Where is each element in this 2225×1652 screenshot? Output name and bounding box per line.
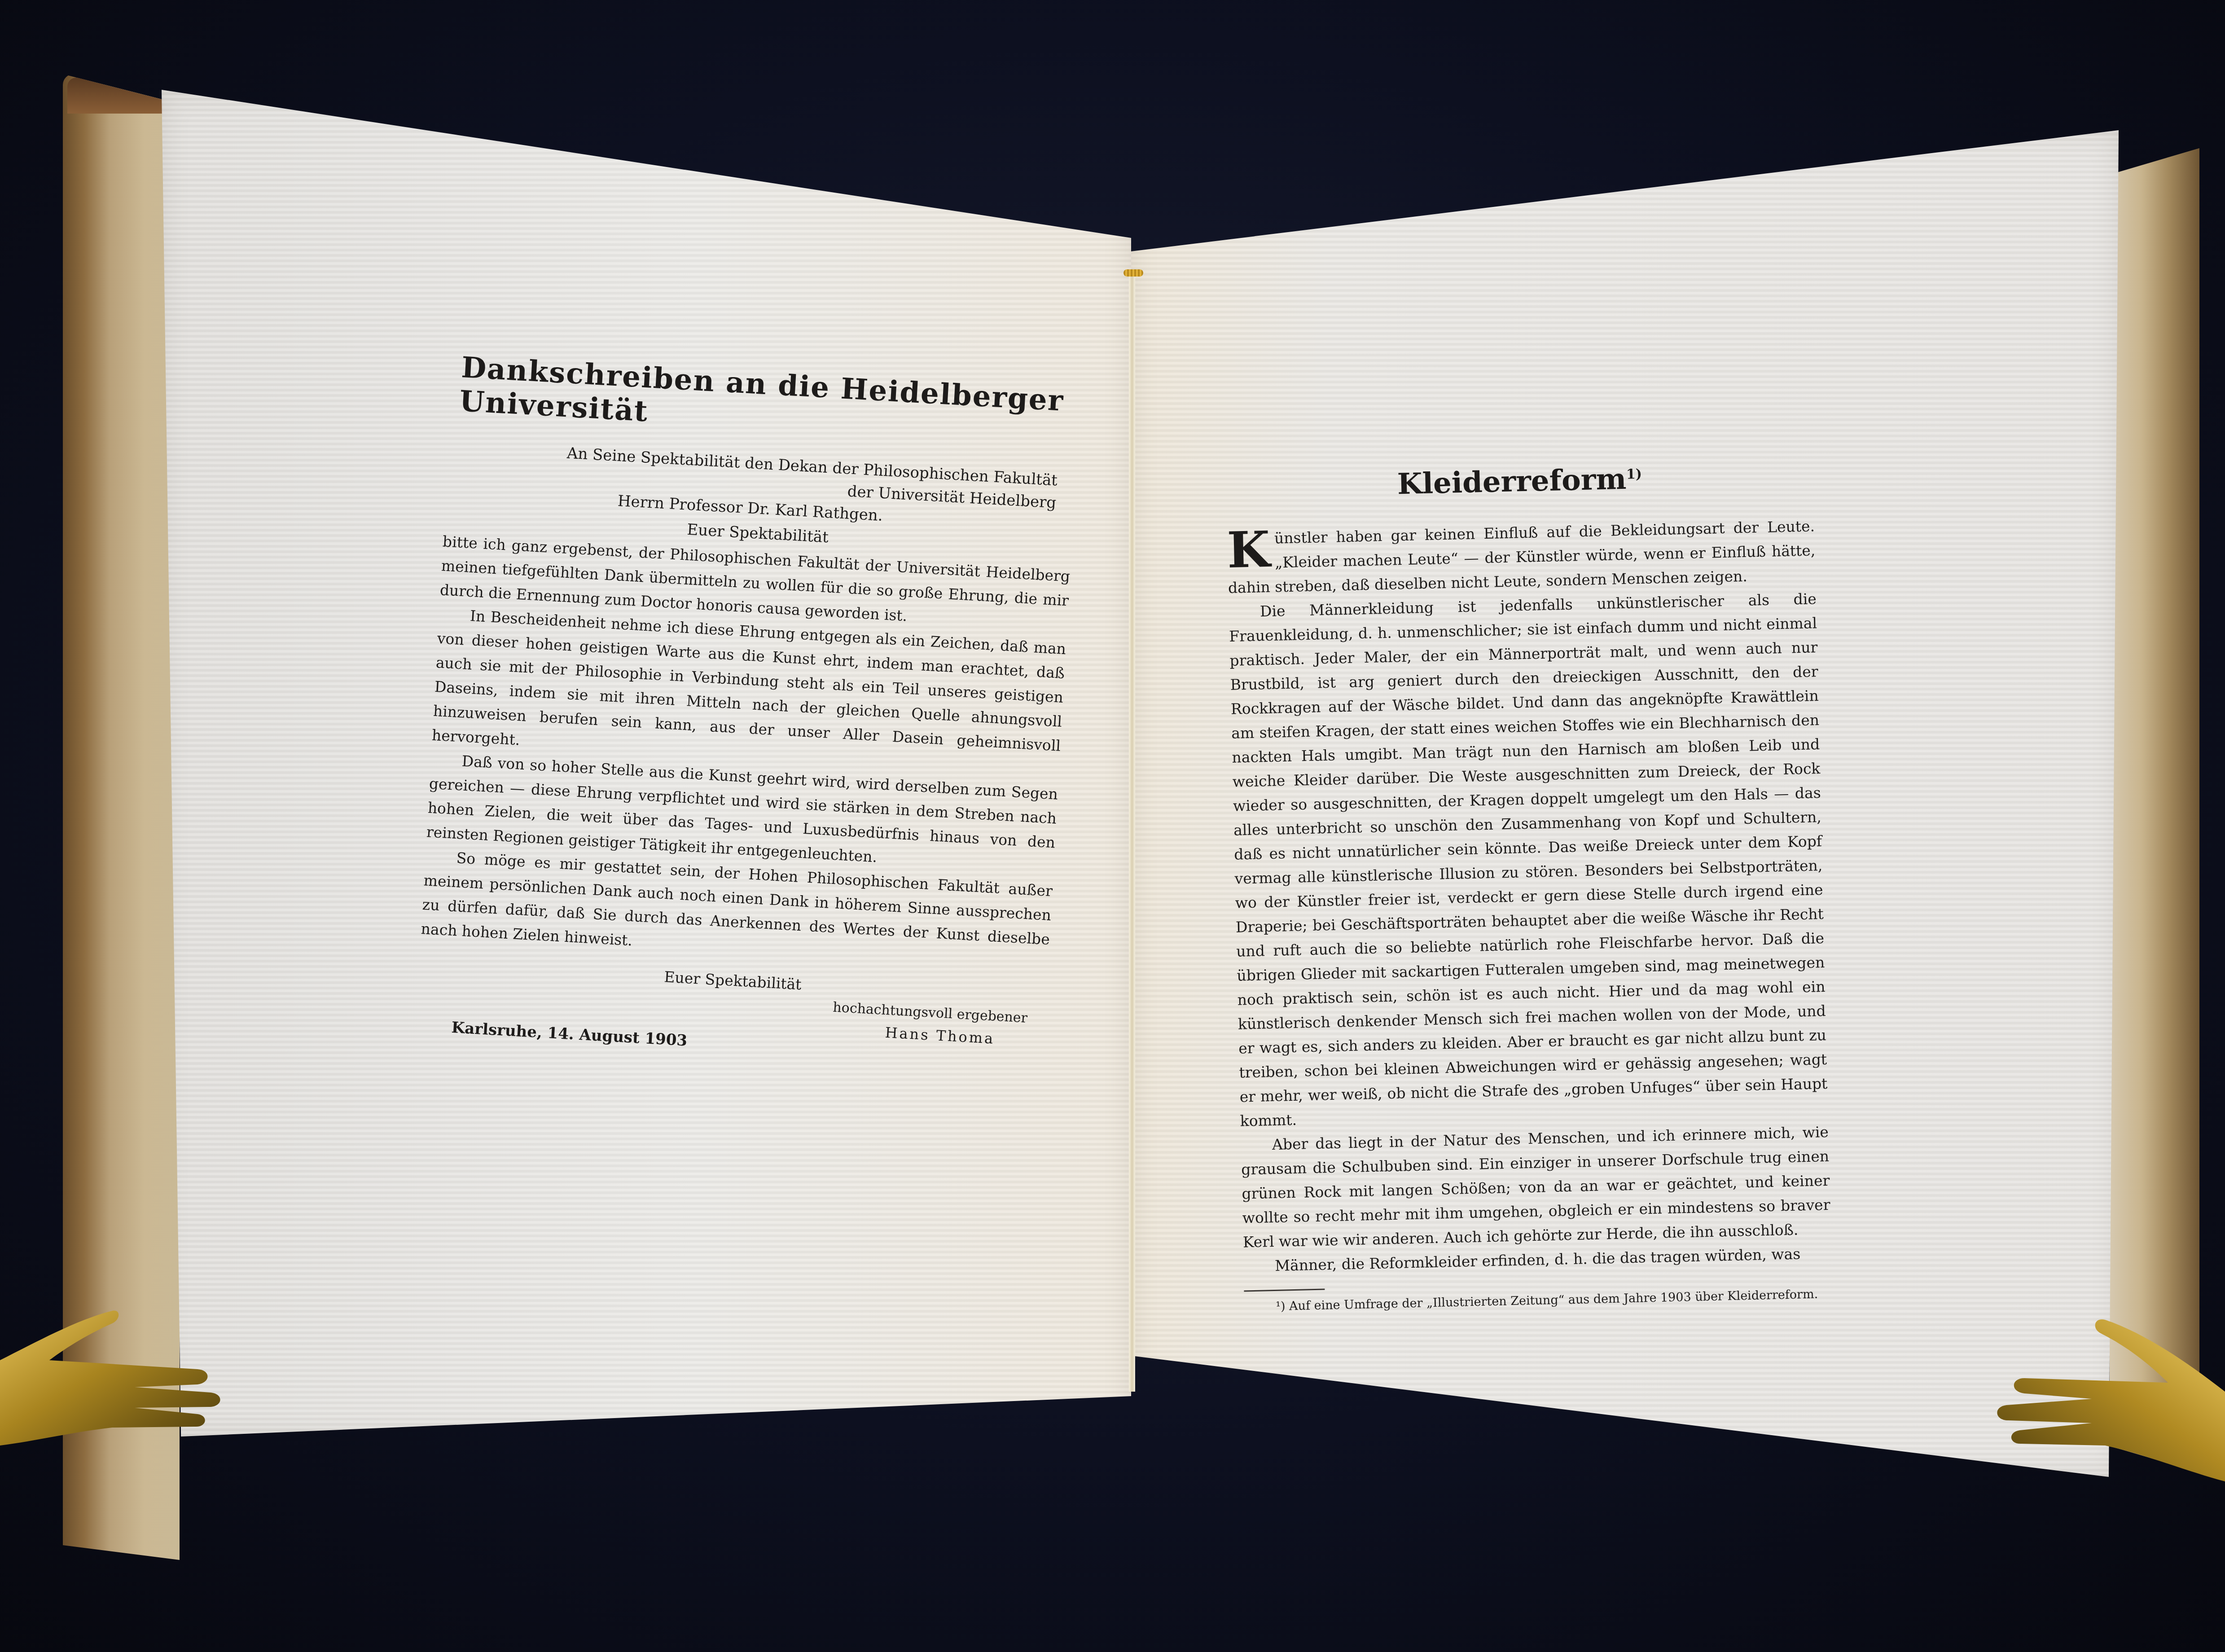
right-title-text: Kleiderreform <box>1397 462 1627 501</box>
headband <box>1123 269 1143 277</box>
title-footnote-mark: 1) <box>1626 466 1642 483</box>
left-page-text: Dankschreiben an die Heidelberger Univer… <box>415 350 1081 1074</box>
right-cover-edge <box>2110 148 2199 1472</box>
dropcap: K <box>1227 529 1271 571</box>
brass-hand-right-icon <box>1957 1311 2225 1504</box>
book-gutter <box>1129 269 1135 1392</box>
right-page-text: Kleiderreform1) Künstler haben gar keine… <box>1225 458 1832 1317</box>
essay-paragraph: Aber das liegt in der Natur des Menschen… <box>1240 1120 1831 1255</box>
essay-paragraph-text: ünstler haben gar keinen Einfluß auf die… <box>1228 517 1815 597</box>
footnote-rule <box>1244 1288 1325 1292</box>
signature-name: Hans Thoma <box>885 1024 996 1047</box>
book-photo-scene: Dankschreiben an die Heidelberger Univer… <box>0 0 2225 1652</box>
essay-paragraph: Die Männerkleidung ist jedenfalls unküns… <box>1229 587 1829 1133</box>
brass-hand-left-icon <box>0 1293 251 1481</box>
essay-paragraph: Künstler haben gar keinen Einfluß auf di… <box>1227 514 1816 600</box>
left-headcap <box>67 78 171 114</box>
